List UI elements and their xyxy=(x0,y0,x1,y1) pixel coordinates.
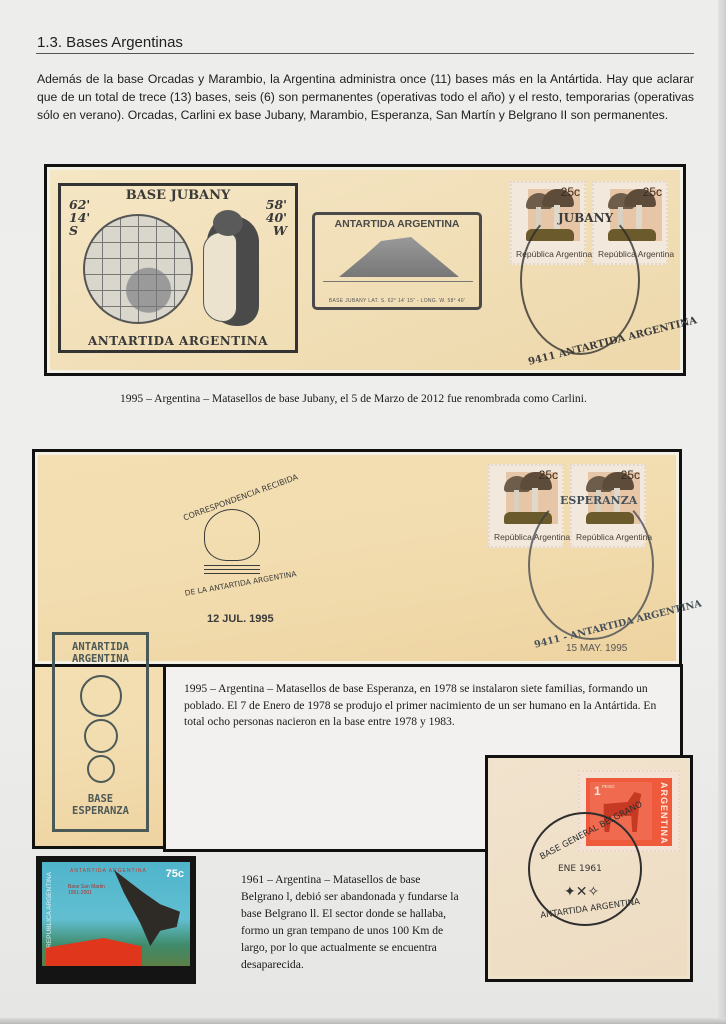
globe-icon xyxy=(83,214,193,324)
cachet-title: BASE JUBANY xyxy=(61,188,295,203)
esperanza-caption: 1995 – Argentina – Matasellos de base Es… xyxy=(184,681,662,731)
cross-stars-icon: ✦✕✧ xyxy=(564,884,599,901)
jubany-mountain-cachet: ANTARTIDA ARGENTINA BASE JUBANY LAT. S. … xyxy=(312,212,482,310)
waves-icon xyxy=(204,565,260,566)
belgrano-caption: 1961 – Argentina – Matasellos de base Be… xyxy=(241,871,463,973)
esperanza-cachet: ANTARTIDA ARGENTINA BASE ESPERANZA xyxy=(52,632,149,832)
stamp-country: ARGENTINA xyxy=(659,782,669,845)
belgrano-postmark: BASE GENERAL BELGRANO ENE 1961 ✦✕✧ ANTAR… xyxy=(528,812,642,926)
postmark-top: JUBANY xyxy=(558,211,613,225)
received-postmark: CORRESPONDENCIA RECIBIDA DE LA ANTARTIDA… xyxy=(174,483,292,601)
smiley-icon xyxy=(87,755,115,783)
jubany-postmark: JUBANY 9411 ANTARTIDA ARGENTINA xyxy=(520,205,640,355)
stamp-value: 75c xyxy=(166,868,184,880)
mountain-face-icon xyxy=(80,675,122,717)
skua-bird-icon xyxy=(114,870,180,946)
latitude: 62' 14' S xyxy=(69,198,90,237)
page-edge xyxy=(0,1018,726,1024)
mountain-cachet-title: ANTARTIDA ARGENTINA xyxy=(315,218,479,230)
stamp-sublabel: ANTARTIDA ARGENTINA xyxy=(70,868,147,874)
postmark-top: ESPERANZA xyxy=(560,494,637,507)
longitude: 58' 40' W xyxy=(266,198,287,237)
smiley-icon xyxy=(84,719,118,753)
water-line xyxy=(323,281,473,282)
esperanza-postmark: ESPERANZA 9411 - ANTARTIDA ARGENTINA xyxy=(528,490,654,640)
stamp-country: REPUBLICA ARGENTINA xyxy=(46,872,53,948)
stamp-unit: PESO xyxy=(602,784,615,789)
stamp-value: 25c xyxy=(643,185,662,199)
received-date: 12 JUL. 1995 xyxy=(207,613,274,625)
stamp-value: 25c xyxy=(561,185,580,199)
mountain-cachet-bottom: BASE JUBANY LAT. S. 62° 14' 15" - LONG. … xyxy=(315,298,479,304)
jubany-caption: 1995 – Argentina – Matasellos de base Ju… xyxy=(120,391,640,408)
section-title: 1.3. Bases Argentinas xyxy=(37,34,183,51)
cachet-bottom: BASE ESPERANZA xyxy=(55,793,146,817)
postmark-date: ENE 1961 xyxy=(558,864,602,874)
esperanza-frame-edge xyxy=(32,667,35,849)
san-martin-stamp: ANTARTIDA ARGENTINA Base San Martin 1951… xyxy=(36,856,196,984)
stamp-value: 25c xyxy=(621,468,640,482)
stamp-base-label: Base San Martin 1951-2001 xyxy=(68,884,105,896)
esperanza-postmark-date: 15 MAY. 1995 xyxy=(566,643,627,654)
title-divider xyxy=(36,53,694,54)
base-building-icon xyxy=(46,938,142,966)
mountain-icon xyxy=(339,237,459,277)
dolphin-icon xyxy=(204,509,260,561)
stamp-value: 25c xyxy=(539,468,558,482)
cachet-bottom: ANTARTIDA ARGENTINA xyxy=(61,334,295,348)
page-edge xyxy=(718,0,726,1024)
intro-paragraph: Además de la base Orcadas y Marambio, la… xyxy=(37,70,694,124)
stamp-value: 1 xyxy=(594,784,601,798)
penguin-head xyxy=(213,210,243,236)
penguin-belly xyxy=(203,232,237,322)
cachet-top: ANTARTIDA ARGENTINA xyxy=(55,641,146,665)
jubany-cachet: BASE JUBANY 62' 14' S 58' 40' W ANTARTID… xyxy=(58,183,298,353)
album-page: 1.3. Bases Argentinas Además de la base … xyxy=(0,0,726,1024)
esperanza-frame-edge xyxy=(32,846,166,849)
